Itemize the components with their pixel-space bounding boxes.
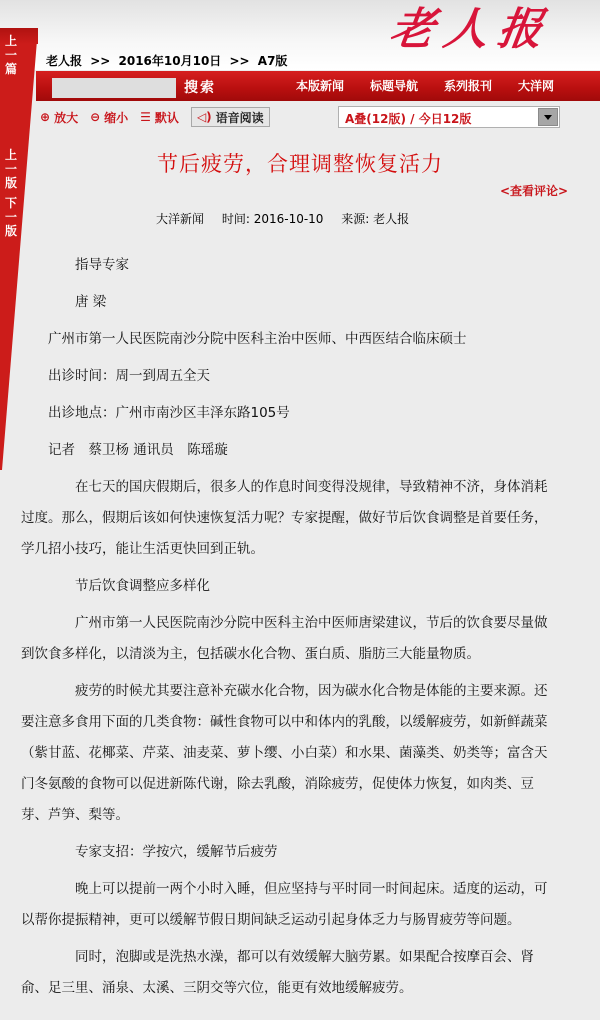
nav-link-title-nav[interactable]: 标题导航 [370,77,418,94]
breadcrumb: 老人报 >> 2016年10月10日 >> A7版 [46,52,291,70]
expert-name: 唐 梁 [48,287,556,318]
voice-read-button[interactable]: ◁) 语音阅读 [191,107,270,127]
nav-link-page-news[interactable]: 本版新闻 [296,77,344,94]
zoom-in-button[interactable]: ⊕ 放大 [40,109,78,126]
search-button[interactable]: 搜索 [184,77,216,97]
section-heading: 节后饮食调整应多样化 [48,571,556,602]
clinic-time: 出诊时间：周一到周五全天 [48,361,556,392]
nav-links: 本版新闻 标题导航 系列报刊 大洋网 [296,77,580,94]
paragraph: 在七天的国庆假期后，很多人的作息时间变得没规律，导致精神不济，身体消耗过度。那么… [21,472,556,565]
breadcrumb-page[interactable]: A7版 [258,54,288,68]
side-nav-tab [0,28,38,470]
speaker-icon: ◁) [197,110,212,124]
breadcrumb-date[interactable]: 2016年10月10日 [119,54,222,68]
paragraph: 晚上可以提前一两个小时入睡，但应坚持与平时同一时间起床。适度的运动，可以帮你提振… [21,874,556,936]
edition-select[interactable]: A叠(12版) / 今日12版 [338,106,560,128]
expert-title: 广州市第一人民医院南沙分院中医科主治中医师、中西医结合临床硕士 [48,324,556,355]
byline: 记者 蔡卫杨 通讯员 陈瑶璇 [48,435,556,466]
breadcrumb-sep: >> [90,54,110,68]
next-page-link[interactable]: 下一版 [4,196,18,238]
meta-site: 大洋新闻 [156,212,204,226]
logo: 老人报 [386,0,574,60]
edition-select-value: A叠(12版) / 今日12版 [345,110,471,127]
toolbar: ⊕ 放大 ⊖ 缩小 ☰ 默认 ◁) 语音阅读 [40,106,270,128]
article-meta: 大洋新闻 时间: 2016-10-10 来源: 老人报 [156,210,423,227]
breadcrumb-sep: >> [230,54,250,68]
article-title: 节后疲劳，合理调整恢复活力 [0,148,600,178]
clinic-location: 出诊地点：广州市南沙区丰泽东路105号 [48,398,556,429]
search-input[interactable] [52,78,176,98]
meta-time: 时间: 2016-10-10 [222,212,324,226]
chevron-down-icon[interactable] [538,108,558,126]
section-heading: 专家支招：学按穴，缓解节后疲劳 [48,837,556,868]
article-body: 指导专家 唐 梁 广州市第一人民医院南沙分院中医科主治中医师、中西医结合临床硕士… [48,250,556,1010]
zoom-in-icon: ⊕ [40,110,50,124]
expert-label: 指导专家 [48,250,556,281]
nav-bar: 搜索 本版新闻 标题导航 系列报刊 大洋网 [36,71,600,101]
paragraph: 同时，泡脚或是洗热水澡，都可以有效缓解大脑劳累。如果配合按摩百会、肾俞、足三里、… [21,942,556,1004]
paragraph: 广州市第一人民医院南沙分院中医科主治中医师唐梁建议，节后的饮食要尽量做到饮食多样… [21,608,556,670]
paragraph: 疲劳的时候尤其要注意补充碳水化合物，因为碳水化合物是体能的主要来源。还要注意多食… [21,676,556,831]
nav-link-series[interactable]: 系列报刊 [444,77,492,94]
document-icon: ☰ [140,110,151,124]
zoom-out-icon: ⊖ [90,110,100,124]
view-comments-link[interactable]: <查看评论> [500,182,568,199]
breadcrumb-paper[interactable]: 老人报 [46,54,82,68]
nav-link-dayoo[interactable]: 大洋网 [518,77,554,94]
meta-source: 来源: 老人报 [341,212,409,226]
zoom-out-button[interactable]: ⊖ 缩小 [90,109,128,126]
default-size-button[interactable]: ☰ 默认 [140,109,179,126]
prev-article-link[interactable]: 上一篇 [4,34,18,76]
